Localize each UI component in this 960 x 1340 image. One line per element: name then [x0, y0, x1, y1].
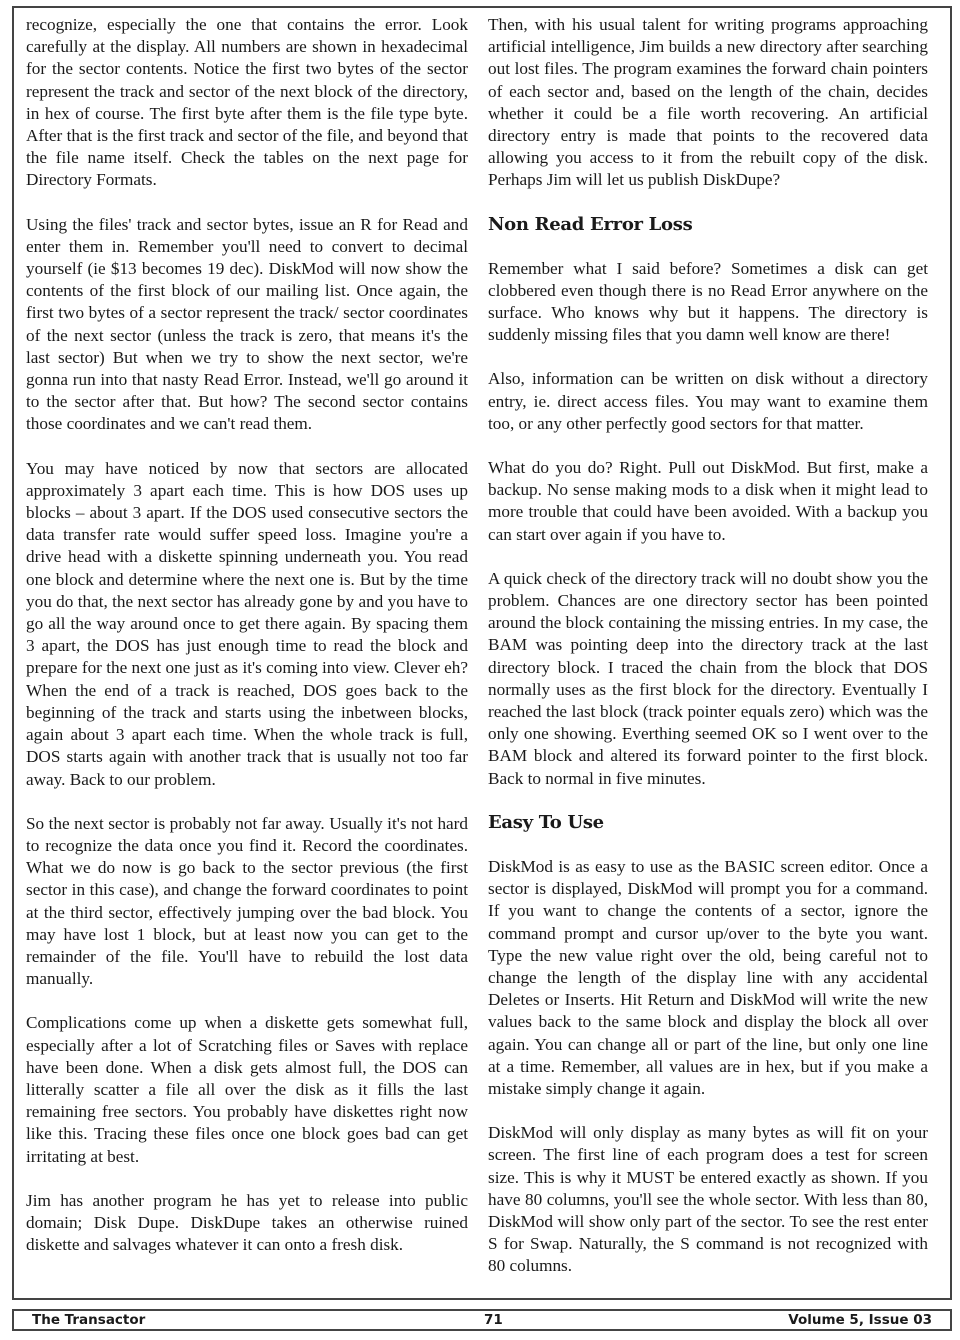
publication-name: The Transactor: [32, 1311, 145, 1329]
issue-label: Volume 5, Issue 03: [788, 1311, 932, 1329]
paragraph: Then, with his usual talent for writing …: [488, 14, 928, 192]
right-column: Then, with his usual talent for writing …: [488, 14, 928, 1300]
paragraph: What do you do? Right. Pull out DiskMod.…: [488, 457, 928, 546]
page-number: 71: [484, 1311, 503, 1329]
left-column: recognize, especially the one that conta…: [26, 14, 468, 1278]
section-heading-easy-to-use: Easy To Use: [488, 812, 928, 834]
paragraph: recognize, especially the one that conta…: [26, 14, 468, 192]
paragraph: Using the files' track and sector bytes,…: [26, 214, 468, 436]
paragraph: A quick check of the directory track wil…: [488, 568, 928, 790]
paragraph: Also, information can be written on disk…: [488, 368, 928, 435]
paragraph: Complications come up when a diskette ge…: [26, 1012, 468, 1167]
paragraph: DiskMod will only display as many bytes …: [488, 1122, 928, 1277]
page-footer: The Transactor 71 Volume 5, Issue 03: [12, 1309, 952, 1331]
paragraph: Remember what I said before? Sometimes a…: [488, 258, 928, 347]
paragraph: Jim has another program he has yet to re…: [26, 1190, 468, 1257]
paragraph: So the next sector is probably not far a…: [26, 813, 468, 991]
paragraph: You may have noticed by now that sectors…: [26, 458, 468, 791]
section-heading-non-read-error-loss: Non Read Error Loss: [488, 214, 928, 236]
paragraph: DiskMod is as easy to use as the BASIC s…: [488, 856, 928, 1100]
